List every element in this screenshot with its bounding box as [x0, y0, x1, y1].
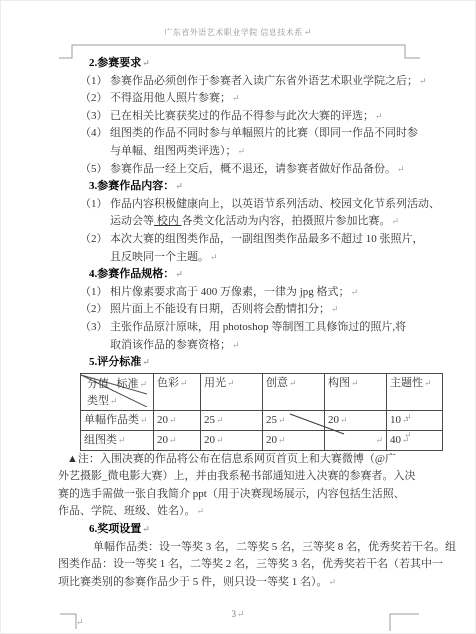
table-corner-cell: 分值标准↵ 类型↵: [81, 373, 154, 410]
table-header-row: 分值标准↵ 类型↵ 色彩↵ 用光↵ 创意↵ 构图↵ 主题性↵: [81, 373, 443, 410]
section-heading: 2.参赛要求↵: [89, 55, 414, 73]
pilcrow-mark: ↵: [174, 269, 183, 279]
pilcrow-mark: ↵: [396, 164, 405, 174]
corner-score-label: 分值: [87, 376, 109, 392]
text-line: 作品内容积极健康向上，以英语节系列活动、校园文化节系列活动、: [110, 196, 414, 214]
column-header-cell: 主题性↵: [387, 373, 443, 410]
text-line: 与单幅、组图两类评选）；↵: [110, 143, 414, 161]
list-item: （4）组图类的作品不同时参与单幅照片的比赛（即同一作品不同时参与单幅、组图两类评…: [58, 125, 414, 160]
pilcrow-mark: ↵: [215, 435, 224, 445]
pilcrow-mark: ↵: [303, 27, 312, 37]
text-line: 6.奖项设置↵: [89, 521, 414, 539]
pilcrow-mark: ↵: [277, 435, 286, 445]
column-header-cell: 用光↵: [201, 373, 263, 410]
text-line: 且反映同一个主题。↵: [110, 249, 414, 267]
text-segment: 运动会等: [110, 215, 154, 227]
pilcrow-mark: ↵: [423, 378, 432, 388]
row-end-mark: ↵: [403, 374, 412, 392]
pilcrow-mark: ↵: [209, 252, 218, 262]
item-number: （5）: [80, 161, 108, 179]
pilcrow-mark: ↵: [330, 304, 339, 314]
list-item: （5）参赛作品一经上交后，概不退还，请参赛者做好作品备份。↵: [58, 161, 414, 179]
text-line: 3.参赛作品内容：↵: [89, 178, 414, 196]
text-segment: 项比赛类别的参赛作品少于 5 件，则只设一等奖 1 名）。: [58, 576, 328, 588]
pilcrow-mark: ↵: [196, 506, 205, 516]
score-cell: 20↵: [154, 410, 201, 430]
row-label-cell: 单幅作品类↵: [81, 410, 154, 430]
text-line: 运动会等 校内 各类文化活动为内容，拍摄照片参加比赛。↵: [110, 213, 414, 231]
body-blocks-before-table: 2.参赛要求↵（1）参赛作品必须创作于参赛者入读广东省外语艺术职业学院之后；↵（…: [58, 55, 414, 372]
score-cell: 40↵: [387, 430, 443, 450]
pilcrow-mark: ↵: [226, 378, 235, 388]
pilcrow-mark: ↵: [418, 76, 427, 86]
item-number: （1）: [80, 196, 108, 214]
item-number: （2）: [80, 301, 108, 319]
text-line: 参赛作品必须创作于参赛者入读广东省外语艺术职业学院之后；↵: [110, 73, 414, 91]
text-segment: 各类文化活动为内容，拍摄照片参加比赛。: [182, 215, 391, 227]
text-segment: 主张作品原汁原味，用 photoshop 等制图工具修饰过的照片,将: [110, 321, 406, 333]
text-segment: 照片面上不能设有日期，否则将会酌情扣分；: [110, 303, 330, 315]
score-cell: 20↵: [201, 430, 263, 450]
pilcrow-mark: ↵: [391, 216, 400, 226]
text-line: 2.参赛要求↵: [89, 55, 414, 73]
pilcrow-mark: ↵: [231, 340, 240, 350]
item-number: （2）: [80, 231, 108, 249]
header-text: 广东省外语艺术职业学院 信息技术系: [164, 28, 303, 37]
list-item: （2）照片面上不能设有日期，否则将会酌情扣分；↵: [58, 301, 414, 319]
list-item: （3）已在相关比赛获奖过的作品不得参与此次大赛的评选；↵: [58, 108, 414, 126]
item-number: （3）: [80, 319, 108, 337]
pilcrow-mark: ↵: [141, 357, 150, 367]
pilcrow-mark: ↵: [109, 396, 118, 406]
pilcrow-mark: ↵: [179, 378, 188, 388]
footer-paragraph-mark: ↵: [75, 617, 84, 628]
pilcrow-mark: ↵: [174, 181, 183, 191]
underlined-text: 校内: [154, 215, 182, 227]
list-item: （1）作品内容积极健康向上，以英语节系列活动、校园文化节系列活动、运动会等 校内…: [58, 196, 414, 231]
scoring-table: 分值标准↵ 类型↵ 色彩↵ 用光↵ 创意↵ 构图↵ 主题性↵ 单幅作品类↵ 20…: [80, 373, 443, 451]
text-segment: 2.参赛要求: [89, 57, 141, 69]
pilcrow-mark: ↵: [141, 524, 150, 534]
pilcrow-mark: ↵: [339, 415, 348, 425]
section-heading: 5.评分标准↵: [89, 354, 414, 372]
document-body: 2.参赛要求↵（1）参赛作品必须创作于参赛者入读广东省外语艺术职业学院之后；↵（…: [58, 55, 414, 591]
score-cell: 20↵: [263, 430, 325, 450]
text-segment: 参赛作品必须创作于参赛者入读广东省外语艺术职业学院之后；: [110, 75, 418, 87]
text-line: 项比赛类别的参赛作品少于 5 件，则只设一等奖 1 名）。↵: [58, 574, 414, 592]
item-number: （2）: [80, 90, 108, 108]
text-segment: 单幅作品类：设一等奖 3 名，二等奖 5 名，三等奖 8 名，优秀奖若干名。组: [93, 541, 456, 553]
row-end-mark: ↵: [403, 409, 412, 427]
text-segment: 6.奖项设置: [89, 523, 141, 535]
list-item: （1）相片像素要求高于 400 万像素，一律为 jpg 格式；↵: [58, 284, 414, 302]
score-cell: 10↵: [387, 410, 443, 430]
text-line: 5.评分标准↵: [89, 354, 414, 372]
score-cell: 20↵: [154, 430, 201, 450]
list-item: （1）参赛作品必须创作于参赛者入读广东省外语艺术职业学院之后；↵: [58, 73, 414, 91]
paragraph: ▲注：入围决赛的作品将公布在信息系网页首页上和大赛微博（@广外艺摄影_微电影大赛…: [58, 451, 414, 521]
text-line: 4.参赛作品规格：↵: [89, 266, 414, 284]
pilcrow-mark: ↵: [215, 415, 224, 425]
column-header-cell: 创意↵: [263, 373, 325, 410]
text-line: 不得盗用他人照片参赛；↵: [110, 90, 414, 108]
text-segment: 与单幅、组图两类评选）；: [110, 145, 237, 157]
pilcrow-mark: ↵: [139, 415, 148, 425]
corner-top-labels: 分值标准↵: [84, 375, 150, 393]
text-segment: 5.评分标准: [89, 356, 141, 368]
pilcrow-mark: ↵: [288, 378, 297, 388]
section-heading: 3.参赛作品内容：↵: [89, 178, 414, 196]
text-line: 取消该作品的参赛资格；↵: [110, 337, 414, 355]
text-line: 已在相关比赛获奖过的作品不得参与此次大赛的评选；↵: [110, 108, 414, 126]
text-line: 本次大赛的组图类作品，一副组图类作品最多不超过 10 张照片，: [110, 231, 414, 249]
text-line: 主张作品原汁原味，用 photoshop 等制图工具修饰过的照片,将: [110, 319, 414, 337]
table-row: 单幅作品类↵ 20↵ 25↵ 25↵ 20↵ 10↵: [81, 410, 443, 430]
item-number: （1）: [80, 284, 108, 302]
column-header-cell: 色彩↵: [154, 373, 201, 410]
corner-criteria-label: 标准↵: [116, 376, 147, 392]
item-number: （4）: [80, 125, 108, 143]
text-segment: 赛的选手需做一张自我简介 ppt（用于决赛现场展示，内容包括生活照、: [58, 488, 405, 500]
pilcrow-mark: ↵: [236, 609, 245, 619]
column-header-cell: 构图↵: [325, 373, 387, 410]
list-item: （2）不得盗用他人照片参赛；↵: [58, 90, 414, 108]
document-page: 广东省外语艺术职业学院 信息技术系↵ 2.参赛要求↵（1）参赛作品必须创作于参赛…: [0, 0, 476, 634]
pilcrow-mark: ↵: [138, 379, 147, 389]
pilcrow-mark: ↵: [374, 111, 383, 121]
list-item: （2）本次大赛的组图类作品，一副组图类作品最多不超过 10 张照片，且反映同一个…: [58, 231, 414, 266]
text-line: 作品、学院、班级、姓名）。↵: [58, 503, 414, 521]
score-cell-empty: ↵: [325, 430, 387, 450]
text-line: 外艺摄影_微电影大赛）上，并由我系秘书部通知进入决赛的参赛者。入决: [58, 468, 414, 486]
score-cell: 20↵: [325, 410, 387, 430]
text-segment: 不得盗用他人照片参赛；: [110, 92, 231, 104]
page-header-title: 广东省外语艺术职业学院 信息技术系↵: [1, 27, 475, 38]
pilcrow-mark: ↵: [168, 415, 177, 425]
pilcrow-mark: ↵: [350, 378, 359, 388]
text-segment: 参赛作品一经上交后，概不退还，请参赛者做好作品备份。: [110, 163, 396, 175]
corner-category-label: 类型↵: [84, 393, 150, 409]
text-line: ▲注：入围决赛的作品将公布在信息系网页首页上和大赛微博（@广: [58, 451, 414, 469]
text-segment: 组图类的作品不同时参与单幅照片的比赛（即同一作品不同时参: [110, 127, 418, 139]
item-number: （1）: [80, 73, 108, 91]
text-segment: 4.参赛作品规格：: [89, 268, 174, 280]
pilcrow-mark: ↵: [277, 415, 286, 425]
text-line: 单幅作品类：设一等奖 3 名，二等奖 5 名，三等奖 8 名，优秀奖若干名。组: [58, 539, 414, 557]
text-segment: 3.参赛作品内容：: [89, 180, 174, 192]
row-label-cell: 组图类↵: [81, 430, 154, 450]
text-segment: 已在相关比赛获奖过的作品不得参与此次大赛的评选；: [110, 110, 374, 122]
pilcrow-mark: ↵: [237, 146, 246, 156]
text-segment: ▲注：入围决赛的作品将公布在信息系网页首页上和大赛微博（@广: [67, 453, 396, 465]
text-segment: 取消该作品的参赛资格；: [110, 339, 231, 351]
pilcrow-mark: ↵: [328, 577, 337, 587]
pilcrow-mark: ↵: [350, 287, 359, 297]
paragraph: 单幅作品类：设一等奖 3 名，二等奖 5 名，三等奖 8 名，优秀奖若干名。组图…: [58, 539, 414, 592]
text-line: 赛的选手需做一张自我简介 ppt（用于决赛现场展示，内容包括生活照、: [58, 486, 414, 504]
text-segment: 本次大赛的组图类作品，一副组图类作品最多不超过 10 张照片，: [110, 233, 424, 245]
text-line: 相片像素要求高于 400 万像素，一律为 jpg 格式；↵: [110, 284, 414, 302]
section-heading: 4.参赛作品规格：↵: [89, 266, 414, 284]
list-item: （3）主张作品原汁原味，用 photoshop 等制图工具修饰过的照片,将取消该…: [58, 319, 414, 354]
body-blocks-after-table: ▲注：入围决赛的作品将公布在信息系网页首页上和大赛微博（@广外艺摄影_微电影大赛…: [58, 451, 414, 592]
text-segment: 作品内容积极健康向上，以英语节系列活动、校园文化节系列活动、: [110, 198, 440, 210]
text-segment: 作品、学院、班级、姓名）。: [58, 505, 196, 517]
text-segment: 且反映同一个主题。: [110, 251, 209, 263]
text-line: 照片面上不能设有日期，否则将会酌情扣分；↵: [110, 301, 414, 319]
score-cell: 25↵: [201, 410, 263, 430]
text-segment: 相片像素要求高于 400 万像素，一律为 jpg 格式；: [110, 286, 350, 298]
pilcrow-mark: ↵: [117, 435, 126, 445]
pilcrow-mark: ↵: [141, 58, 150, 68]
item-number: （3）: [80, 108, 108, 126]
scoring-table-wrap: 分值标准↵ 类型↵ 色彩↵ 用光↵ 创意↵ 构图↵ 主题性↵ 单幅作品类↵ 20…: [80, 373, 400, 451]
page-number: 3↵: [1, 609, 475, 620]
score-cell: 25↵: [263, 410, 325, 430]
pilcrow-mark: ↵: [231, 93, 240, 103]
text-segment: 图类作品：设一等奖 1 名，二等奖 2 名，三等奖 3 名，优秀奖若干名（若其中…: [58, 558, 443, 570]
text-line: 图类作品：设一等奖 1 名，二等奖 2 名，三等奖 3 名，优秀奖若干名（若其中…: [58, 556, 414, 574]
table-row: 组图类↵ 20↵ 20↵ 20↵ ↵ 40↵: [81, 430, 443, 450]
pilcrow-mark: ↵: [374, 435, 383, 445]
row-end-mark: ↵: [403, 427, 412, 445]
pilcrow-mark: ↵: [168, 435, 177, 445]
text-line: 参赛作品一经上交后，概不退还，请参赛者做好作品备份。↵: [110, 161, 414, 179]
text-segment: 外艺摄影_微电影大赛）上，并由我系秘书部通知进入决赛的参赛者。入决: [58, 470, 416, 482]
section-heading: 6.奖项设置↵: [89, 521, 414, 539]
text-line: 组图类的作品不同时参与单幅照片的比赛（即同一作品不同时参: [110, 125, 414, 143]
